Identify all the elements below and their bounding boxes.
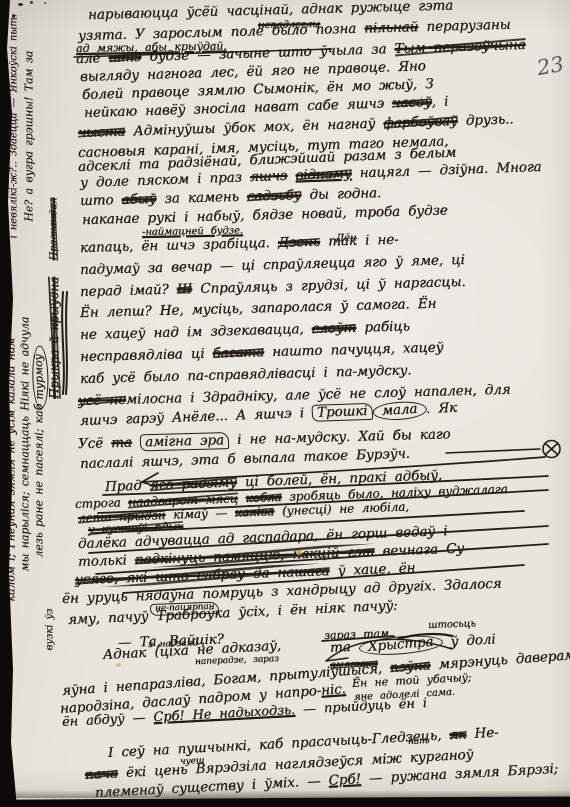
handwriting-segment: ніс. [321, 681, 347, 699]
handwriting-line: несправядліва ці багата нашто пачуцця, х… [80, 340, 444, 364]
handwriting-segment: так і не- [320, 232, 399, 250]
handwriting-line: капаць, ён шчэ зрабіцца. Дзень так і не- [80, 233, 399, 256]
handwriting-segment: што [80, 192, 122, 209]
handwriting-line: не хацеў над ім здзекавацца, слоўт рабіц… [80, 319, 410, 342]
handwriting-segment: ды годна. [301, 185, 381, 203]
margin-note: мы нарыліся; семнаццаць Ніякі не адчула [19, 317, 32, 572]
margin-note: лезь ране не пасеялі; каб [33, 404, 46, 558]
margin-note: Прыкра й крыўдна [48, 277, 62, 399]
handwriting-segment: мала [372, 400, 426, 421]
margin-note: Праскандал [49, 198, 61, 261]
handwriting-segment: . Як [426, 400, 458, 417]
handwriting-segment: штэ [108, 49, 141, 66]
margin-note: турмоў [32, 345, 48, 408]
handwriting-line: Ён лепш? Не, мусіць, запаролася ў самога… [80, 297, 437, 321]
handwriting-segment: перарузаны [418, 17, 511, 35]
handwriting-line: наперадзе, зараз [195, 655, 279, 668]
handwriting-segment: несправядліва ці [80, 346, 213, 365]
handwriting-segment: та [330, 639, 360, 656]
handwriting-segment: каб усё было па-справядлівасці і па-мудс… [80, 362, 412, 387]
handwriting-segment: Праскандал [49, 198, 60, 261]
ink-stroke [543, 441, 560, 458]
handwriting-segment: за камень [156, 189, 247, 207]
handwriting-segment: , і [431, 94, 448, 111]
ink-stroke [546, 444, 557, 454]
handwriting-segment: ў хаце, ён [329, 560, 415, 579]
margin-note: вузкі ўз [45, 609, 57, 651]
handwriting-segment: турмоў [32, 345, 49, 409]
handwriting-segment: але [76, 50, 109, 67]
handwriting-segment: падумаў за вечар — ці спраўляецца яго ў … [80, 252, 465, 278]
margin-note: Не? а вугра грэшны! Там за [23, 51, 36, 222]
handwriting-segment: Не- [466, 725, 499, 743]
handwriting-segment: толькі [78, 552, 135, 570]
stain [44, 2, 46, 4]
handwriting-segment: Прад [105, 477, 150, 495]
handwriting-line: каб усё было па-справядлівасці і па-мудс… [80, 363, 412, 387]
handwriting-segment: наперадзе, зараз [195, 654, 279, 667]
handwriting-segment: пача [85, 765, 119, 783]
stain [12, 14, 15, 18]
handwriting-segment: вузкі ўз [45, 609, 56, 651]
ink-stroke [446, 449, 540, 453]
handwriting-segment: не хацеў над ім здзекавацца, [80, 321, 312, 343]
handwriting-segment: Дзень [278, 234, 320, 251]
stain [18, 3, 23, 6]
scan-edge-bottom-shadow [8, 790, 570, 798]
handwriting-segment: штосьць [428, 618, 476, 631]
handwriting-segment: усё не [78, 392, 126, 409]
handwriting-segment: як [449, 726, 467, 743]
handwriting-segment: Усё [78, 435, 112, 452]
handwriting-segment: каліва [235, 504, 275, 519]
handwriting-segment: пільнай [364, 19, 418, 36]
handwriting-segment: яго радзіму [149, 474, 237, 493]
stain [30, 1, 33, 4]
handwriting-segment: і не на-мудску. Хай бы каго [229, 426, 451, 448]
handwriting-segment: друзь.. [457, 111, 513, 129]
handwriting-segment: амігна эра [140, 432, 229, 451]
handwriting-segment: садзьбу [247, 187, 302, 204]
handwriting-segment: капаць, ён шчэ зрабіцца. [80, 235, 278, 256]
handwriting-segment: Тым перазоўчына [394, 37, 525, 57]
handwriting-segment: Ш [177, 281, 193, 297]
ink-stroke [66, 292, 67, 394]
handwriting-segment: та [111, 435, 132, 452]
handwriting-segment [287, 167, 296, 183]
handwriting-segment: кобла [245, 490, 281, 505]
handwriting-segment: вечнага Су- [374, 540, 469, 559]
handwriting-segment: багата [212, 344, 264, 361]
ink-stroke [546, 444, 557, 454]
handwriting-segment: Трошкі [312, 403, 373, 422]
stain [116, 663, 121, 667]
manuscript-scan-page: нарываюцца ўсёй часцінай, аднак ружыце г… [0, 0, 570, 807]
handwriting-segment: рабіць [356, 318, 410, 335]
handwriting-segment: лезь ране не пасеялі; каб [32, 404, 45, 558]
handwriting-segment: яшчэ гарэў Анёле... А яшчэ і [80, 405, 313, 429]
handwriting-segment: абыў [121, 191, 156, 208]
handwriting-segment: чыста [78, 124, 126, 141]
handwriting-segment: віднаму [295, 166, 352, 184]
handwriting-segment: Не? а вугра грэшны! Там за [22, 51, 35, 222]
handwriting-line: падумаў за вечар — ці спраўляецца яго ў … [80, 253, 465, 278]
handwriting-segment: Срб! [328, 771, 361, 789]
stain [296, 550, 302, 555]
handwriting-line: штосьць [428, 618, 476, 631]
handwriting-segment: часоў [392, 94, 432, 111]
handwriting-segment: мы нарыліся; семнаццаць Ніякі не адчула [18, 317, 31, 572]
handwriting-segment: Спраўляць з грудзі, ці ў наргасцы. [192, 274, 466, 297]
handwriting-segment: Ён лепш? Не, мусіць, запаролася ў самога… [80, 296, 437, 321]
stain [420, 96, 423, 99]
handwriting-segment: ў долі [442, 631, 496, 650]
handwriting-segment: фарбоўваў [383, 113, 458, 131]
handwriting-segment: перад імай? [80, 281, 177, 300]
page-number: 23 [535, 52, 565, 80]
handwriting-segment: яшчэ [250, 168, 288, 185]
handwriting-segment: нашто пачуцця, хацеў [264, 339, 444, 360]
handwriting-segment: слоўт [312, 320, 357, 337]
handwriting-segment [238, 491, 246, 505]
ink-stroke [62, 292, 64, 394]
handwriting-segment: Прыкра й крыўдна [47, 277, 61, 399]
